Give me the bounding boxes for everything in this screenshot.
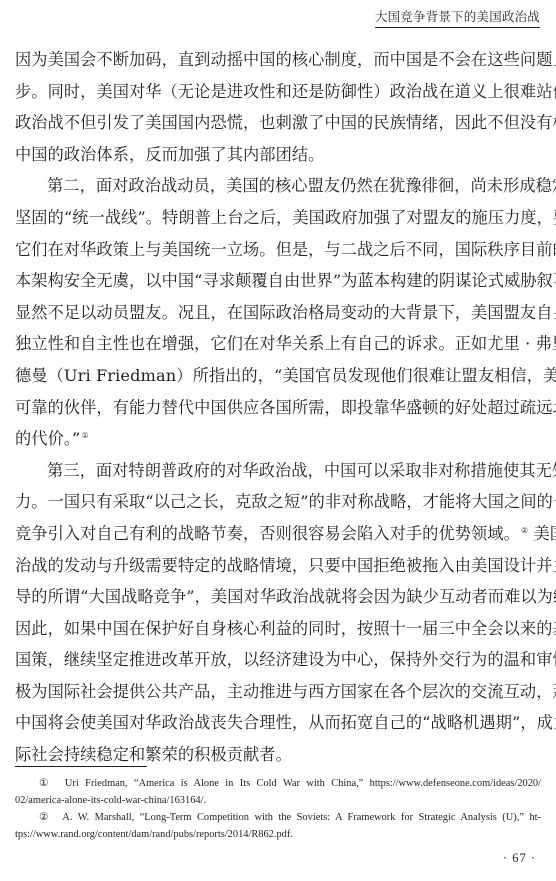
body-line: 德曼（Uri Friedman）所指出的，“美国官员发现他们很难让盟友相信，美国… bbox=[15, 360, 541, 392]
body-line: 步。同时，美国对华（无论是进攻性和还是防御性）政治战在道义上很难站住脚。 bbox=[15, 76, 541, 108]
body-line: 中国将会使美国对华政治战丧失合理性，从而拓宽自己的“战略机遇期”，成为国 bbox=[15, 707, 541, 739]
paragraph-3-start: 第三，面对特朗普政府的对华政治战，中国可以采取非对称措施使其无处发 bbox=[15, 455, 541, 487]
footnotes: ① Uri Friedman, “America is Alone in Its… bbox=[15, 775, 541, 843]
footnote-ref-1[interactable]: ① bbox=[81, 431, 88, 440]
body-line: 坚固的“统一战线”。特朗普上台之后，美国政府加强了对盟友的施压力度，要求 bbox=[15, 202, 541, 234]
body-line: 力。一国只有采取“以己之长，克敌之短”的非对称战略，才能将大国之间的长期 bbox=[15, 486, 541, 518]
body-line: 本架构安全无虞，以中国“寻求颠覆自由世界”为蓝本构建的阴谋论式威胁叙事 bbox=[15, 265, 541, 297]
footnote-2-mark: ② bbox=[39, 812, 51, 823]
body-line: 极为国际社会提供公共产品，主动推进与西方国家在各个层次的交流互动，那么 bbox=[15, 676, 541, 708]
page-number: · 67 · bbox=[503, 851, 536, 866]
body-line: 政治战不但引发了美国国内恐慌，也刺激了中国的民族情绪，因此不但没有松动 bbox=[15, 107, 541, 139]
footnote-1-text[interactable]: Uri Friedman, “America is Alone in Its C… bbox=[65, 778, 541, 789]
footnote-2-text[interactable]: A. W. Marshall, “Long-Term Competition w… bbox=[62, 812, 541, 823]
body-line-tail: 美国政 bbox=[533, 524, 556, 543]
body-text: 因为美国会不断加码，直到动摇中国的核心制度，而中国是不会在这些问题上让 步。同时… bbox=[15, 44, 541, 771]
body-line: 治战的发动与升级需要特定的战略情境，只要中国拒绝被拖入由美国设计并主 bbox=[15, 550, 541, 582]
body-line: 的代价。”① bbox=[15, 423, 541, 455]
body-line-text: 竞争引入对自己有利的战略节奏，否则很容易会陷入对手的优势领域。 bbox=[15, 524, 520, 543]
footnote-1-cont[interactable]: 02/america-alone-its-cold-war-china/1631… bbox=[15, 792, 541, 809]
body-line: 竞争引入对自己有利的战略节奏，否则很容易会陷入对手的优势领域。② 美国政 bbox=[15, 518, 541, 550]
body-line: 国策，继续坚定推进改革开放，以经济建设为中心，保持外交行为的温和审慎，积 bbox=[15, 644, 541, 676]
footnote-ref-2[interactable]: ② bbox=[521, 526, 528, 535]
footnote-2-cont[interactable]: tps://www.rand.org/content/dam/rand/pubs… bbox=[15, 826, 541, 843]
body-line: 它们在对华政策上与美国统一立场。但是，与二战之后不同，国际秩序目前的基 bbox=[15, 234, 541, 266]
running-head: 大国竞争背景下的美国政治战 bbox=[375, 8, 540, 28]
body-line: 可靠的伙伴，有能力替代中国供应各国所需，即投靠华盛顿的好处超过疏远北京 bbox=[15, 392, 541, 424]
paragraph-2-start: 第二，面对政治战动员，美国的核心盟友仍然在犹豫徘徊，尚未形成稳定而 bbox=[15, 170, 541, 202]
footnote-divider bbox=[15, 766, 147, 767]
body-line: 显然不足以动员盟友。况且，在国际政治格局变动的大背景下，美国盟友自身的 bbox=[15, 297, 541, 329]
body-line: 独立性和自主性也在增强，它们在对华关系上有自己的诉求。正如尤里 · 弗里 bbox=[15, 328, 541, 360]
body-line: 导的所谓“大国战略竞争”，美国对华政治战就将会因为缺少互动者而难以为继。 bbox=[15, 581, 541, 613]
body-line: 因此，如果中国在保护好自身核心利益的同时，按照十一届三中全会以来的基本 bbox=[15, 613, 541, 645]
footnote-1: ① Uri Friedman, “America is Alone in Its… bbox=[15, 775, 541, 792]
body-line-text: 的代价。” bbox=[15, 429, 80, 448]
body-line: 因为美国会不断加码，直到动摇中国的核心制度，而中国是不会在这些问题上让 bbox=[15, 44, 541, 76]
footnote-1-mark: ① bbox=[39, 778, 52, 789]
footnote-2: ② A. W. Marshall, “Long-Term Competition… bbox=[15, 809, 541, 826]
body-line: 中国的政治体系，反而加强了其内部团结。 bbox=[15, 139, 541, 171]
